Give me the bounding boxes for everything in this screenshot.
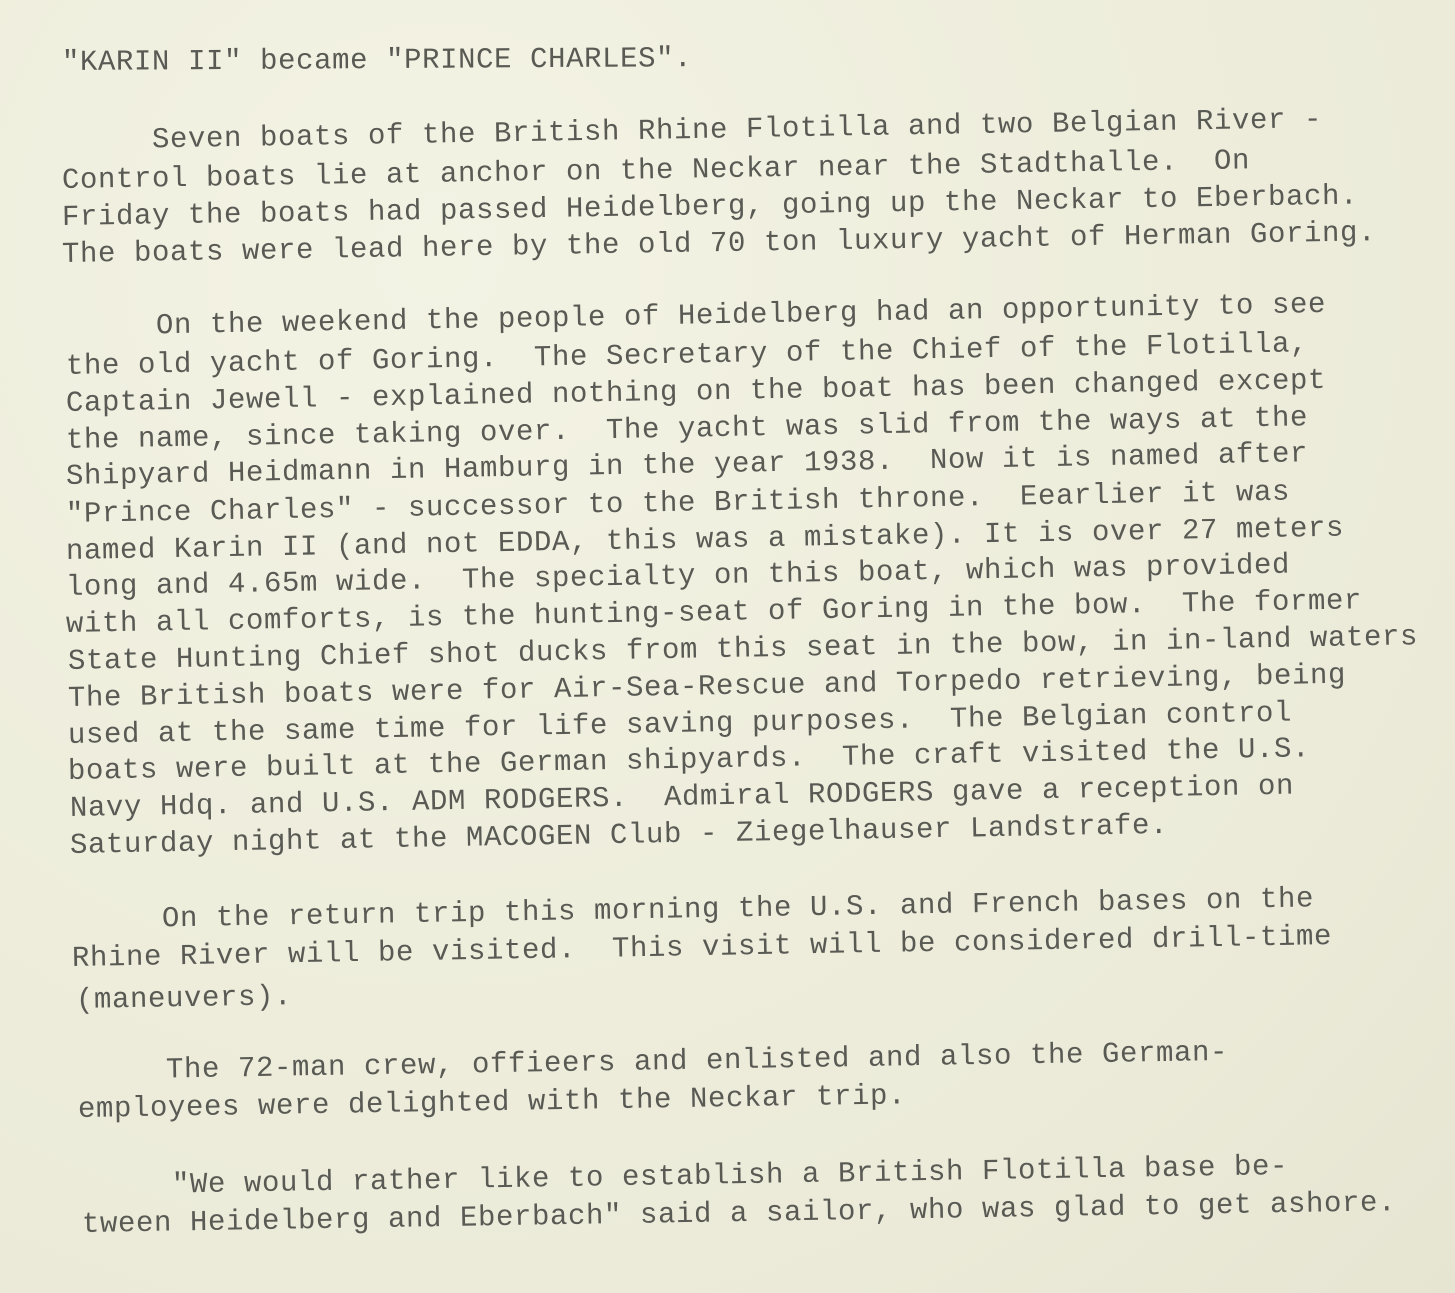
paragraph-line: (maneuvers). bbox=[76, 982, 293, 1015]
document-title: "KARIN II" became "PRINCE CHARLES". bbox=[62, 44, 692, 77]
typewritten-document-page: "KARIN II" became "PRINCE CHARLES". Seve… bbox=[0, 0, 1455, 1293]
paragraph-line: The 72-man crew, offieers and enlisted a… bbox=[76, 1038, 1229, 1086]
paragraph-line: employees were delighted with the Neckar… bbox=[78, 1081, 907, 1124]
